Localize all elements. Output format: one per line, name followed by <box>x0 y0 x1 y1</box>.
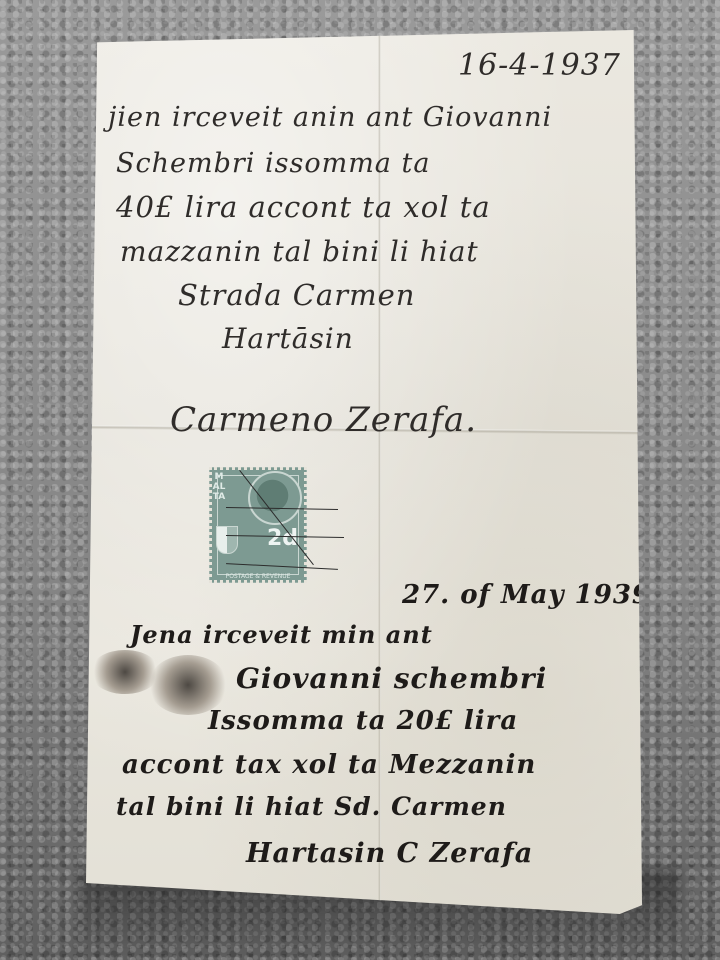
receipt-2-line: tal bini li hiat Sd. Carmen <box>116 792 507 821</box>
receipt-2-line: Hartasin C Zerafa <box>246 838 533 869</box>
receipt-paper: 16-4-1937 jien irceveit anin ant Giovann… <box>86 30 642 914</box>
receipt-2-line: Jena irceveit min ant <box>130 620 433 649</box>
receipt-1-line: jien irceveit anin ant Giovanni <box>108 102 552 133</box>
receipt-2-line: Giovanni schembri <box>236 662 547 695</box>
receipt-2-date: 27. of May 1939 <box>402 580 651 610</box>
receipt-1-line: Hartāsin <box>222 322 354 355</box>
receipt-2-line: accont tax xol ta Mezzanin <box>122 750 536 780</box>
stamp-inscription: POSTAGE & REVENUE <box>211 573 305 580</box>
stamp-country: MALTA <box>212 472 226 502</box>
receipt-1-line: Schembri issomma ta <box>116 148 430 179</box>
receipt-1-line: Strada Carmen <box>178 278 415 312</box>
receipt-1-line: 40£ lira accont ta xol ta <box>116 190 491 224</box>
receipt-1-signature: Carmeno Zerafa. <box>170 400 477 440</box>
shield-icon <box>216 526 238 554</box>
receipt-1-date: 16-4-1937 <box>458 48 621 83</box>
receipt-1-line: mazzanin tal bini li hiat <box>120 235 479 268</box>
receipt-2-line: Issomma ta 20£ lira <box>208 706 518 736</box>
